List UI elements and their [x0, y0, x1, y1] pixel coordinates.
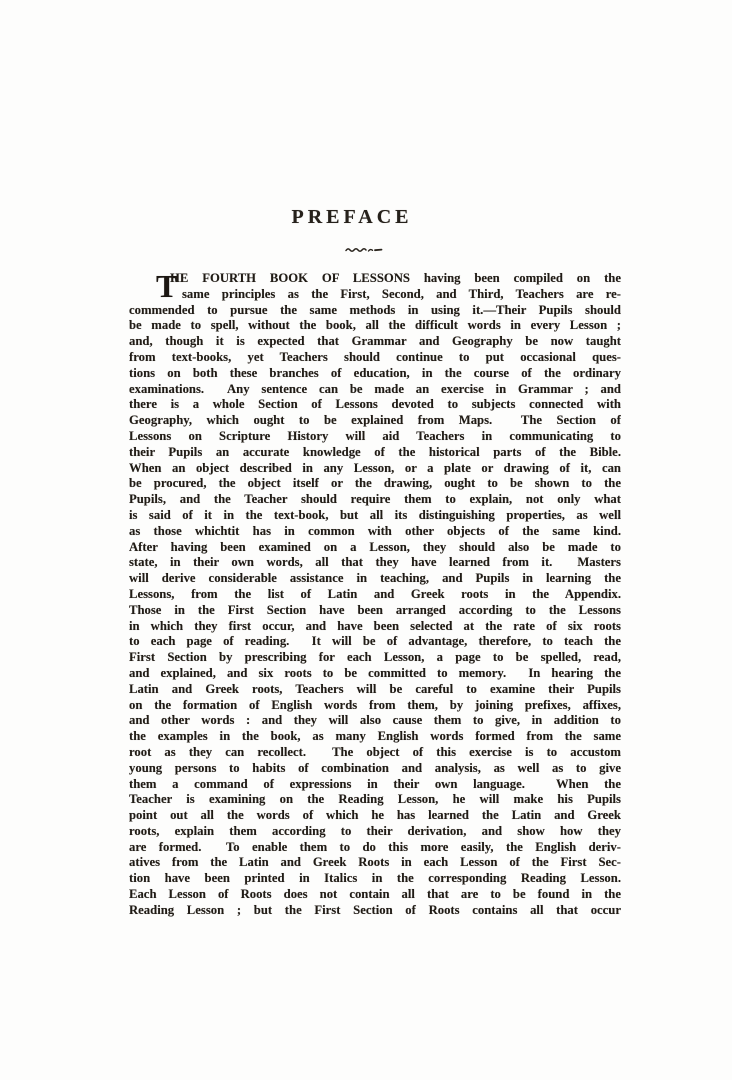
text-line: Reading Lesson ; but the First Section o…: [129, 903, 621, 919]
text-line: to each page of reading. It will be of a…: [129, 634, 621, 650]
text-line: Pupils, and the Teacher should require t…: [129, 492, 621, 508]
text-line: will derive considerable assistance in t…: [129, 571, 621, 587]
text-line: on the formation of English words from t…: [129, 698, 621, 714]
text-line: same principles as the First, Second, an…: [129, 287, 621, 303]
text-line: commended to pursue the same methods in …: [129, 303, 621, 319]
text-line: After having been examined on a Lesson, …: [129, 540, 621, 556]
text-line: First Section by prescribing for each Le…: [129, 650, 621, 666]
text-line: Lessons, from the list of Latin and Gree…: [129, 587, 621, 603]
paragraph-lines: HE FOURTH BOOK OF LESSONS having been co…: [129, 271, 621, 919]
text-line: Each Lesson of Roots does not contain al…: [129, 887, 621, 903]
text-line: in which they first occur, and have been…: [129, 619, 621, 635]
text-line: the examples in the book, as many Englis…: [129, 729, 621, 745]
text-line: Those in the First Section have been arr…: [129, 603, 621, 619]
text-line: state, in their own words, all that they…: [129, 555, 621, 571]
text-line: there is a whole Section of Lessons devo…: [129, 397, 621, 413]
text-line: and, though it is expected that Grammar …: [129, 334, 621, 350]
text-line: tions on both these branches of educatio…: [129, 366, 621, 382]
text-line: and explained, and six roots to be commi…: [129, 666, 621, 682]
text-line: Teacher is examining on the Reading Less…: [129, 792, 621, 808]
page-title: PREFACE: [0, 206, 718, 229]
text-line: from text-books, yet Teachers should con…: [129, 350, 621, 366]
text-line: as those whichtit has in common with oth…: [129, 524, 621, 540]
text-line: root as they can recollect. The object o…: [129, 745, 621, 761]
text-line: tion have been printed in Italics in the…: [129, 871, 621, 887]
drop-cap: T: [156, 272, 177, 301]
text-line: HE FOURTH BOOK OF LESSONS having been co…: [129, 271, 621, 287]
text-line: examinations. Any sentence can be made a…: [129, 382, 621, 398]
text-line: be procured, the object itself or the dr…: [129, 476, 621, 492]
wavy-rule-icon: [344, 242, 384, 252]
text-line: When an object described in any Lesson, …: [129, 461, 621, 477]
text-line: are formed. To enable them to do this mo…: [129, 840, 621, 856]
text-line: atives from the Latin and Greek Roots in…: [129, 855, 621, 871]
text-line: their Pupils an accurate knowledge of th…: [129, 445, 621, 461]
text-line: and other words : and they will also cau…: [129, 713, 621, 729]
text-line: be made to spell, without the book, all …: [129, 318, 621, 334]
text-line: is said of it in the text-book, but all …: [129, 508, 621, 524]
preface-paragraph: T HE FOURTH BOOK OF LESSONS having been …: [129, 271, 621, 919]
text-line: young persons to habits of combination a…: [129, 761, 621, 777]
text-line: roots, explain them according to their d…: [129, 824, 621, 840]
book-page: PREFACE T HE FOURTH BOOK OF LESSONS havi…: [0, 0, 732, 1080]
text-line: them a command of expressions in their o…: [129, 777, 621, 793]
text-line: point out all the words of which he has …: [129, 808, 621, 824]
text-line: Geography, which ought to be explained f…: [129, 413, 621, 429]
text-line: Latin and Greek roots, Teachers will be …: [129, 682, 621, 698]
text-line: Lessons on Scripture History will aid Te…: [129, 429, 621, 445]
